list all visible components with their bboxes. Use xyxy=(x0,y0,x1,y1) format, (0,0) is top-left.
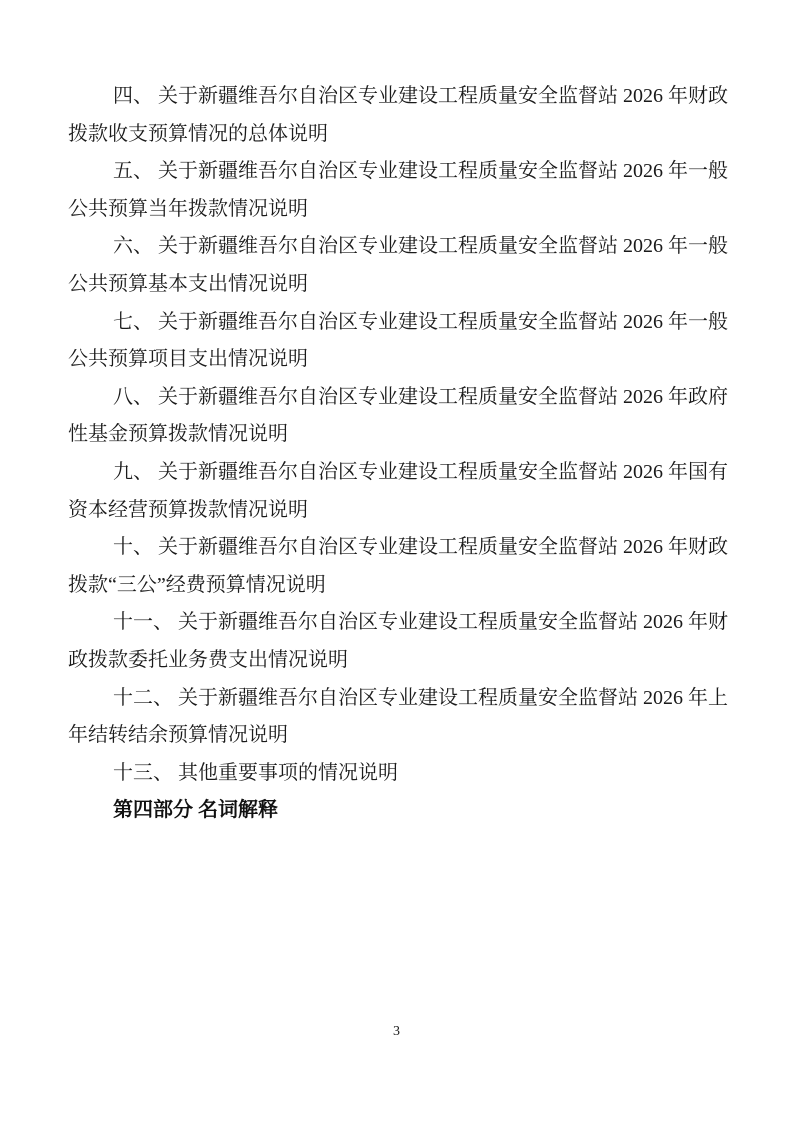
section-heading: 第四部分 名词解释 xyxy=(68,792,736,830)
table-of-contents: 四、 关于新疆维吾尔自治区专业建设工程质量安全监督站 2026 年财政拨款收支预… xyxy=(68,78,736,830)
toc-item-8: 八、 关于新疆维吾尔自治区专业建设工程质量安全监督站 2026 年政府性基金预算… xyxy=(68,379,736,454)
toc-item-13: 十三、 其他重要事项的情况说明 xyxy=(68,755,736,793)
toc-item-6: 六、 关于新疆维吾尔自治区专业建设工程质量安全监督站 2026 年一般公共预算基… xyxy=(68,228,736,303)
page-number: 3 xyxy=(0,1022,793,1042)
document-page: 四、 关于新疆维吾尔自治区专业建设工程质量安全监督站 2026 年财政拨款收支预… xyxy=(0,0,793,1122)
toc-item-11: 十一、 关于新疆维吾尔自治区专业建设工程质量安全监督站 2026 年财政拨款委托… xyxy=(68,604,736,679)
toc-item-12: 十二、 关于新疆维吾尔自治区专业建设工程质量安全监督站 2026 年上年结转结余… xyxy=(68,680,736,755)
toc-item-5: 五、 关于新疆维吾尔自治区专业建设工程质量安全监督站 2026 年一般公共预算当… xyxy=(68,153,736,228)
toc-item-9: 九、 关于新疆维吾尔自治区专业建设工程质量安全监督站 2026 年国有资本经营预… xyxy=(68,454,736,529)
toc-item-7: 七、 关于新疆维吾尔自治区专业建设工程质量安全监督站 2026 年一般公共预算项… xyxy=(68,304,736,379)
toc-item-4: 四、 关于新疆维吾尔自治区专业建设工程质量安全监督站 2026 年财政拨款收支预… xyxy=(68,78,736,153)
toc-item-10: 十、 关于新疆维吾尔自治区专业建设工程质量安全监督站 2026 年财政拨款“三公… xyxy=(68,529,736,604)
